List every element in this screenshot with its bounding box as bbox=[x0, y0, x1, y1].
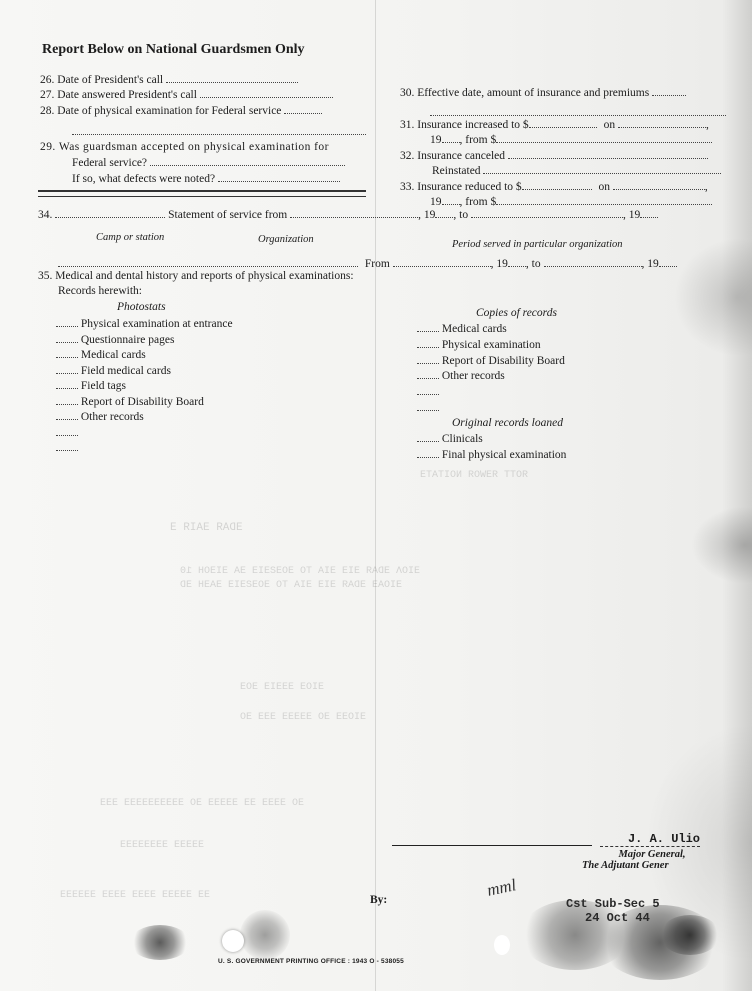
item-26: 26. Date of President's call bbox=[40, 72, 298, 87]
item-28-field-line2[interactable] bbox=[72, 122, 366, 140]
item-32: 32. Insurance canceled bbox=[400, 148, 708, 163]
item-29-defects: If so, what defects were noted? bbox=[72, 171, 340, 186]
originals-item[interactable]: Final physical examination bbox=[417, 447, 566, 463]
caption-organization: Organization bbox=[258, 233, 314, 247]
copies-item[interactable]: Report of Disability Board bbox=[417, 353, 565, 369]
originals-list: Clinicals Final physical examination bbox=[417, 431, 566, 463]
item-33-date-field[interactable] bbox=[613, 179, 705, 190]
gpo-imprint: U. S. GOVERNMENT PRINTING OFFICE : 1943 … bbox=[218, 958, 404, 965]
item-28: 28. Date of physical examination for Fed… bbox=[40, 103, 322, 118]
item-30: 30. Effective date, amount of insurance … bbox=[400, 85, 686, 100]
photostats-item-blank[interactable] bbox=[56, 425, 233, 441]
bleed-through-text: ЯOTT ЯƎWOЯ NOITATƎ bbox=[420, 470, 528, 481]
records-herewith-label: Records herewith: bbox=[58, 284, 142, 298]
item-34-year1-field[interactable] bbox=[435, 207, 453, 218]
bleed-through-text: ƎIOƎƎ ƎO ƎƎƎƎƎ ƎƎƎ ƎO bbox=[240, 712, 366, 723]
ink-stain bbox=[240, 910, 290, 960]
item-32-canceled-field[interactable] bbox=[508, 148, 708, 159]
document-page: ЯOTT ЯƎWOЯ NOITATƎ ƎDAЯ ƎAIЯ Ǝ ƎIOɅ ƎDAЯ… bbox=[0, 0, 752, 991]
item-31-date-field[interactable] bbox=[618, 117, 706, 128]
item-34-period-from-field[interactable] bbox=[393, 256, 491, 267]
item-34-period-to-field[interactable] bbox=[544, 256, 642, 267]
item-34-year3-field[interactable] bbox=[508, 256, 526, 267]
originals-heading: Original records loaned bbox=[452, 416, 563, 430]
item-29-federal: Federal service? bbox=[72, 155, 345, 170]
item-28-field[interactable] bbox=[284, 103, 322, 114]
copies-item[interactable]: Other records bbox=[417, 368, 565, 384]
item-32-reinstated: Reinstated bbox=[432, 163, 721, 178]
photostats-item[interactable]: Report of Disability Board bbox=[56, 394, 233, 410]
item-32-reinstated-field[interactable] bbox=[483, 163, 721, 174]
item-31: 31. Insurance increased to $ on , bbox=[400, 117, 709, 132]
item-31-year-field[interactable] bbox=[442, 132, 460, 143]
section-title: Report Below on National Guardsmen Only bbox=[42, 42, 305, 58]
item-29-defects-field[interactable] bbox=[218, 171, 340, 182]
item-34-organization-field[interactable] bbox=[58, 256, 358, 267]
bleed-through-text: ƎIOƎ ƎƎƎIƎ ƎOƎ bbox=[240, 682, 324, 693]
copies-item[interactable]: Medical cards bbox=[417, 321, 565, 337]
copies-list: Medical cards Physical examination Repor… bbox=[417, 321, 565, 416]
item-33-amount-field[interactable] bbox=[522, 179, 592, 190]
item-34-camp-field[interactable] bbox=[55, 207, 165, 218]
item-27: 27. Date answered President's call bbox=[40, 87, 333, 102]
photostats-item[interactable]: Physical examination at entrance bbox=[56, 316, 233, 332]
copies-item-blank[interactable] bbox=[417, 400, 565, 416]
item-30-field[interactable] bbox=[652, 85, 686, 96]
item-29-federal-field[interactable] bbox=[150, 155, 345, 166]
punch-hole bbox=[494, 935, 510, 955]
stamp-line-2: 24 Oct 44 bbox=[585, 911, 650, 925]
copies-heading: Copies of records bbox=[476, 306, 557, 320]
signature-line bbox=[392, 845, 592, 846]
ink-stain bbox=[660, 915, 720, 955]
item-33-year-field[interactable] bbox=[442, 194, 460, 205]
item-34-year4-field[interactable] bbox=[659, 256, 677, 267]
item-34: 34. Statement of service from , 19, to ,… bbox=[38, 207, 658, 222]
item-34-to-field[interactable] bbox=[471, 207, 623, 218]
originals-item[interactable]: Clinicals bbox=[417, 431, 566, 447]
item-29: 29. Was guardsman accepted on physical e… bbox=[40, 140, 329, 154]
photostats-item[interactable]: Medical cards bbox=[56, 347, 233, 363]
item-31-line2: 19, from $ bbox=[430, 132, 712, 147]
bleed-through-text: ƎIOɅ ƎDAЯ ƎIƎ ƎIA TO ƎOƎƧƎIƎ ƎA ƎIƎOH 10 bbox=[180, 566, 420, 577]
fold-line bbox=[375, 0, 376, 991]
bleed-through-text: ƎO ƎƎƎƎ ƎƎ ƎƎƎƎƎ ƎO ƎƎƎƎƎƎƎƎƎƎ ƎƎƎ bbox=[100, 798, 304, 809]
photostats-item[interactable]: Other records bbox=[56, 409, 233, 425]
ink-stain bbox=[130, 925, 190, 960]
photostats-item[interactable]: Field medical cards bbox=[56, 363, 233, 379]
bleed-through-text: ƎDAЯ ƎAIЯ Ǝ bbox=[170, 522, 243, 534]
item-26-field[interactable] bbox=[166, 72, 298, 83]
item-33-from-field[interactable] bbox=[496, 194, 712, 205]
by-label: By: bbox=[370, 893, 387, 907]
photostats-heading: Photostats bbox=[117, 300, 166, 314]
bleed-through-text: ƎIOAƎ ƎDAЯ ƎIƎ ƎIA TO ƎOƎƧƎIƎ ƎAƎH ƎD bbox=[180, 580, 402, 591]
caption-camp-or-station: Camp or station bbox=[96, 231, 164, 245]
stamp-line-1: Cst Sub-Sec 5 bbox=[566, 897, 660, 911]
photostats-item-blank[interactable] bbox=[56, 440, 233, 456]
photostats-item[interactable]: Field tags bbox=[56, 378, 233, 394]
item-33: 33. Insurance reduced to $ on , bbox=[400, 179, 708, 194]
signatory-title: The Adjutant Gener bbox=[582, 859, 669, 873]
caption-period-served: Period served in particular organization bbox=[452, 238, 623, 252]
double-rule-divider bbox=[38, 190, 366, 197]
photostats-item[interactable]: Questionnaire pages bbox=[56, 332, 233, 348]
item-34-from-field[interactable] bbox=[290, 207, 418, 218]
bleed-through-text: ƎƎ ƎƎƎƎƎ ƎƎƎƎ ƎƎƎƎ ƎƎƎƎƎƎ bbox=[60, 890, 210, 901]
item-35: 35. Medical and dental history and repor… bbox=[38, 269, 354, 283]
item-34-year2-field[interactable] bbox=[640, 207, 658, 218]
signatory-name: J. A. Ulio bbox=[600, 832, 700, 847]
copies-item[interactable]: Physical examination bbox=[417, 337, 565, 353]
bleed-through-text: ƎƎƎƎƎ ƎƎƎƎƎƎƎƎ bbox=[120, 840, 204, 851]
photostats-list: Physical examination at entrance Questio… bbox=[56, 316, 233, 456]
copies-item-blank[interactable] bbox=[417, 384, 565, 400]
item-27-field[interactable] bbox=[200, 87, 333, 98]
handwritten-initials: mml bbox=[485, 875, 518, 901]
item-31-from-field[interactable] bbox=[496, 132, 712, 143]
punch-hole bbox=[222, 930, 244, 952]
item-31-amount-field[interactable] bbox=[529, 117, 597, 128]
